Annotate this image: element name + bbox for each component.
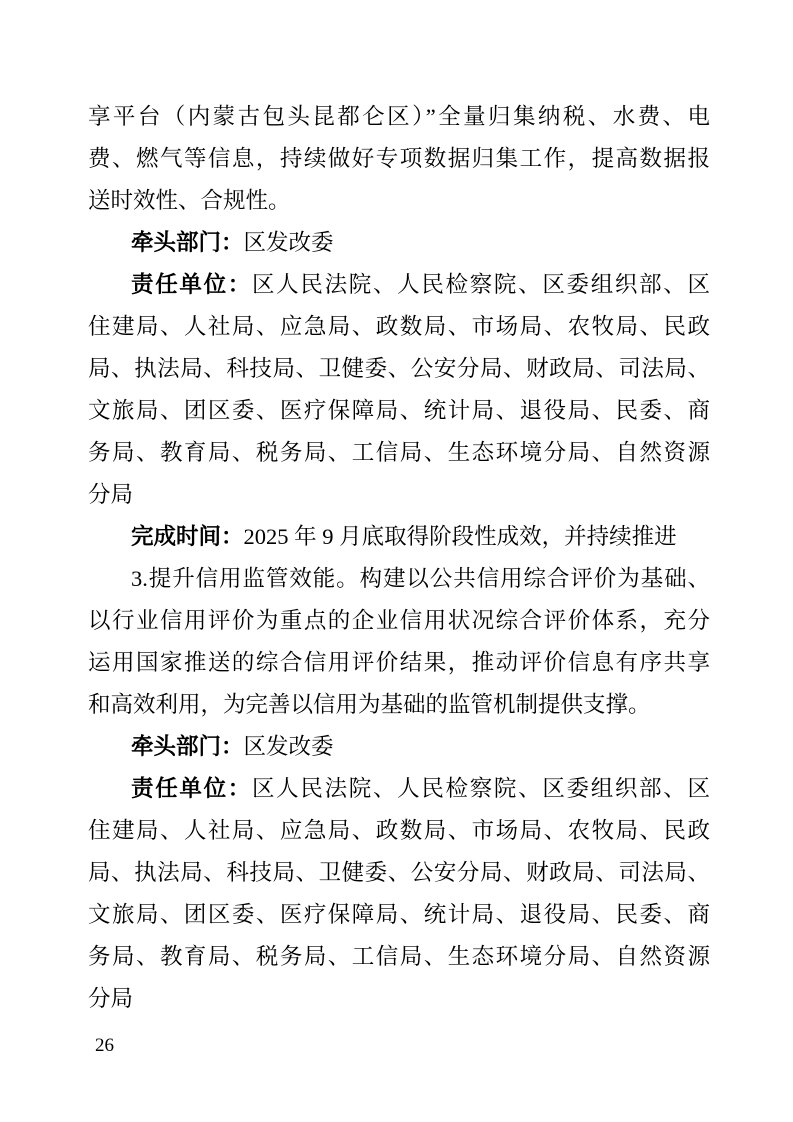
field-label: 牵头部门： bbox=[131, 230, 244, 255]
field-label: 责任单位： bbox=[131, 272, 252, 297]
text-run: 区发改委 bbox=[244, 734, 334, 759]
text-line: 送时效性、合规性。 bbox=[88, 180, 710, 222]
text-run: 区发改委 bbox=[244, 230, 334, 255]
text-run: 文旅局、团区委、医疗保障局、统计局、退役局、民委、商 bbox=[88, 902, 710, 927]
text-line: 分局 bbox=[88, 978, 710, 1020]
text-run: 以行业信用评价为重点的企业信用状况综合评价体系，充分 bbox=[88, 608, 710, 633]
text-run: 分局 bbox=[88, 482, 133, 507]
field-label: 完成时间： bbox=[131, 524, 244, 549]
text-run: 2025 年 9 月底取得阶段性成效，并持续推进 bbox=[244, 524, 677, 549]
text-line: 务局、教育局、税务局、工信局、生态环境分局、自然资源 bbox=[88, 432, 710, 474]
text-line: 务局、教育局、税务局、工信局、生态环境分局、自然资源 bbox=[88, 936, 710, 978]
text-run: 住建局、人社局、应急局、政数局、市场局、农牧局、民政 bbox=[88, 818, 710, 843]
text-run: 局、执法局、科技局、卫健委、公安分局、财政局、司法局、 bbox=[88, 860, 710, 885]
text-run: 局、执法局、科技局、卫健委、公安分局、财政局、司法局、 bbox=[88, 356, 710, 381]
page-number: 26 bbox=[95, 1034, 114, 1058]
text-line: 文旅局、团区委、医疗保障局、统计局、退役局、民委、商 bbox=[88, 894, 710, 936]
text-run: 住建局、人社局、应急局、政数局、市场局、农牧局、民政 bbox=[88, 314, 710, 339]
text-line: 和高效利用，为完善以信用为基础的监管机制提供支撑。 bbox=[88, 684, 710, 726]
text-run: 区人民法院、人民检察院、区委组织部、区 bbox=[252, 776, 710, 801]
text-line: 分局 bbox=[88, 474, 710, 516]
text-run: 务局、教育局、税务局、工信局、生态环境分局、自然资源 bbox=[88, 944, 710, 969]
text-line: 牵头部门：区发改委 bbox=[88, 222, 710, 264]
text-run: 区人民法院、人民检察院、区委组织部、区 bbox=[252, 272, 710, 297]
text-run: 运用国家推送的综合信用评价结果，推动评价信息有序共享 bbox=[88, 650, 710, 675]
text-run: 和高效利用，为完善以信用为基础的监管机制提供支撑。 bbox=[88, 692, 651, 717]
text-line: 费、燃气等信息，持续做好专项数据归集工作，提高数据报 bbox=[88, 138, 710, 180]
text-line: 局、执法局、科技局、卫健委、公安分局、财政局、司法局、 bbox=[88, 348, 710, 390]
document-page: 享平台（内蒙古包头昆都仑区）”全量归集纳税、水费、电费、燃气等信息，持续做好专项… bbox=[0, 0, 793, 1122]
document-text: 享平台（内蒙古包头昆都仑区）”全量归集纳税、水费、电费、燃气等信息，持续做好专项… bbox=[88, 96, 710, 1020]
text-line: 住建局、人社局、应急局、政数局、市场局、农牧局、民政 bbox=[88, 306, 710, 348]
text-run: 享平台（内蒙古包头昆都仑区）”全量归集纳税、水费、电 bbox=[88, 104, 710, 129]
text-line: 责任单位：区人民法院、人民检察院、区委组织部、区 bbox=[88, 264, 710, 306]
text-run: 3.提升信用监管效能。构建以公共信用综合评价为基础、 bbox=[131, 566, 710, 591]
text-line: 住建局、人社局、应急局、政数局、市场局、农牧局、民政 bbox=[88, 810, 710, 852]
text-line: 文旅局、团区委、医疗保障局、统计局、退役局、民委、商 bbox=[88, 390, 710, 432]
text-line: 以行业信用评价为重点的企业信用状况综合评价体系，充分 bbox=[88, 600, 710, 642]
text-line: 牵头部门：区发改委 bbox=[88, 726, 710, 768]
text-line: 3.提升信用监管效能。构建以公共信用综合评价为基础、 bbox=[88, 558, 710, 600]
text-run: 费、燃气等信息，持续做好专项数据归集工作，提高数据报 bbox=[88, 146, 710, 171]
text-line: 局、执法局、科技局、卫健委、公安分局、财政局、司法局、 bbox=[88, 852, 710, 894]
text-run: 文旅局、团区委、医疗保障局、统计局、退役局、民委、商 bbox=[88, 398, 710, 423]
text-run: 分局 bbox=[88, 986, 133, 1011]
text-line: 完成时间：2025 年 9 月底取得阶段性成效，并持续推进 bbox=[88, 516, 710, 558]
text-run: 送时效性、合规性。 bbox=[88, 188, 291, 213]
text-line: 责任单位：区人民法院、人民检察院、区委组织部、区 bbox=[88, 768, 710, 810]
text-line: 运用国家推送的综合信用评价结果，推动评价信息有序共享 bbox=[88, 642, 710, 684]
text-run: 务局、教育局、税务局、工信局、生态环境分局、自然资源 bbox=[88, 440, 710, 465]
text-line: 享平台（内蒙古包头昆都仑区）”全量归集纳税、水费、电 bbox=[88, 96, 710, 138]
field-label: 责任单位： bbox=[131, 776, 252, 801]
field-label: 牵头部门： bbox=[131, 734, 244, 759]
